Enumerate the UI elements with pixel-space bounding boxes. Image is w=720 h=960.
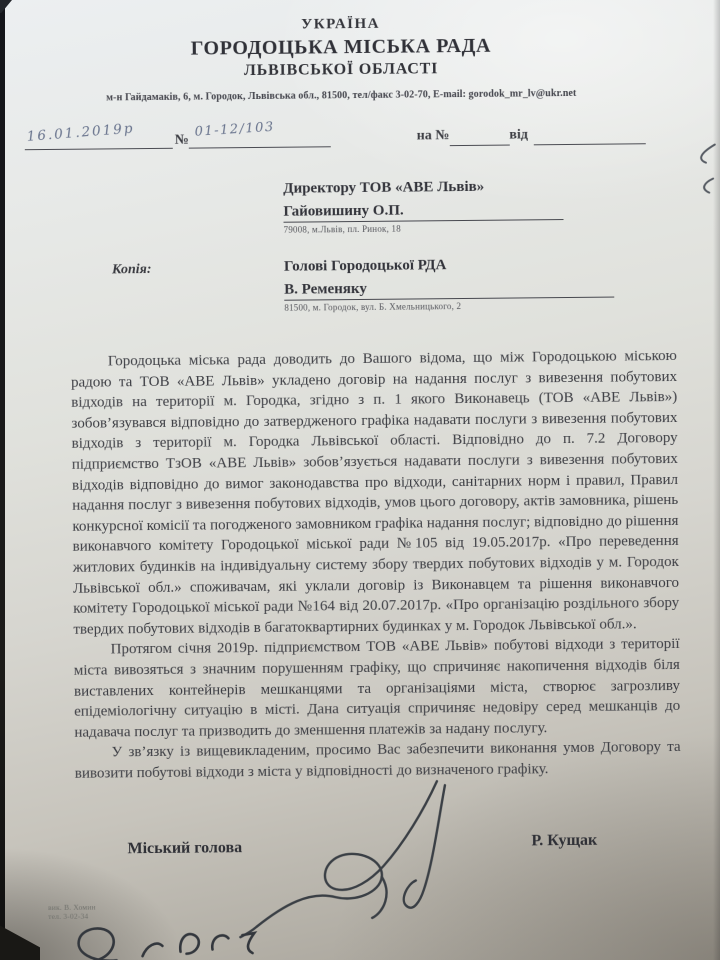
signer-title: Міський голова: [127, 839, 242, 858]
addressee-block: Директору ТОВ «АВЕ Львів» Гайовишину О.П…: [283, 178, 614, 235]
copy-addressee-name: В. Ременяку: [284, 279, 614, 301]
photo-right-edge-shadow: [713, 0, 720, 960]
addressee-name: Гайовишину О.П.: [283, 201, 563, 223]
copy-label: Копія:: [112, 262, 152, 278]
executor-phone: тел. 3-02-34: [48, 912, 96, 921]
body-paragraph-2: Протягом січня 2019р. підприємством ТОВ …: [74, 634, 681, 743]
executor-name: вик. В. Хомин: [48, 903, 96, 912]
scanned-letter: УКРАЇНА ГОРОДОЦЬКА МІСЬКА РАДА ЛЬВІВСЬКО…: [0, 0, 720, 960]
reference-line: 16.01.2019р № 01-12/103 на № від: [25, 121, 685, 157]
handwritten-number: 01-12/103: [194, 120, 275, 140]
reply-number-label: на №: [417, 128, 450, 146]
addressee-address: 79008, м.Львів, пл. Ринок, 18: [284, 222, 614, 235]
body-paragraph-1: Городоцька міська рада доводить до Вашог…: [71, 346, 680, 640]
reply-number-field: [449, 123, 509, 147]
number-label: №: [175, 133, 189, 148]
letterhead: УКРАЇНА ГОРОДОЦЬКА МІСЬКА РАДА ЛЬВІВСЬКО…: [0, 13, 686, 105]
reply-date-field: [534, 121, 646, 145]
signature-ink: [231, 775, 503, 943]
executor-note: вик. В. Хомин тел. 3-02-34: [48, 903, 96, 921]
letterhead-region: ЛЬВІВСЬКОЇ ОБЛАСТІ: [0, 58, 686, 83]
copy-addressee-block: Голові Городоцької РДА В. Ременяку 81500…: [284, 255, 645, 312]
date-field: 16.01.2019р: [25, 126, 173, 150]
letter-body: Городоцька міська рада доводить до Вашог…: [71, 346, 681, 784]
copy-addressee-address: 81500, м. Городок, вул. Б. Хмельницького…: [284, 299, 644, 312]
bottom-handwriting-ink: [70, 921, 280, 960]
addressee-position: Директору ТОВ «АВЕ Львів»: [283, 178, 613, 198]
signer-name: Р. Кущак: [531, 832, 597, 851]
letterhead-address-line: м-н Гайдамаків, 6, м. Городок, Львівська…: [0, 87, 686, 105]
handwritten-date: 16.01.2019р: [26, 120, 135, 145]
reply-date-label: від: [509, 127, 528, 145]
number-field: 01-12/103: [189, 124, 331, 148]
reply-reference: на № від: [417, 121, 646, 146]
copy-addressee-position: Голові Городоцької РДА: [284, 255, 644, 275]
photo-left-edge-shadow: [0, 0, 5, 960]
document-photo: УКРАЇНА ГОРОДОЦЬКА МІСЬКА РАДА ЛЬВІВСЬКО…: [0, 0, 720, 960]
